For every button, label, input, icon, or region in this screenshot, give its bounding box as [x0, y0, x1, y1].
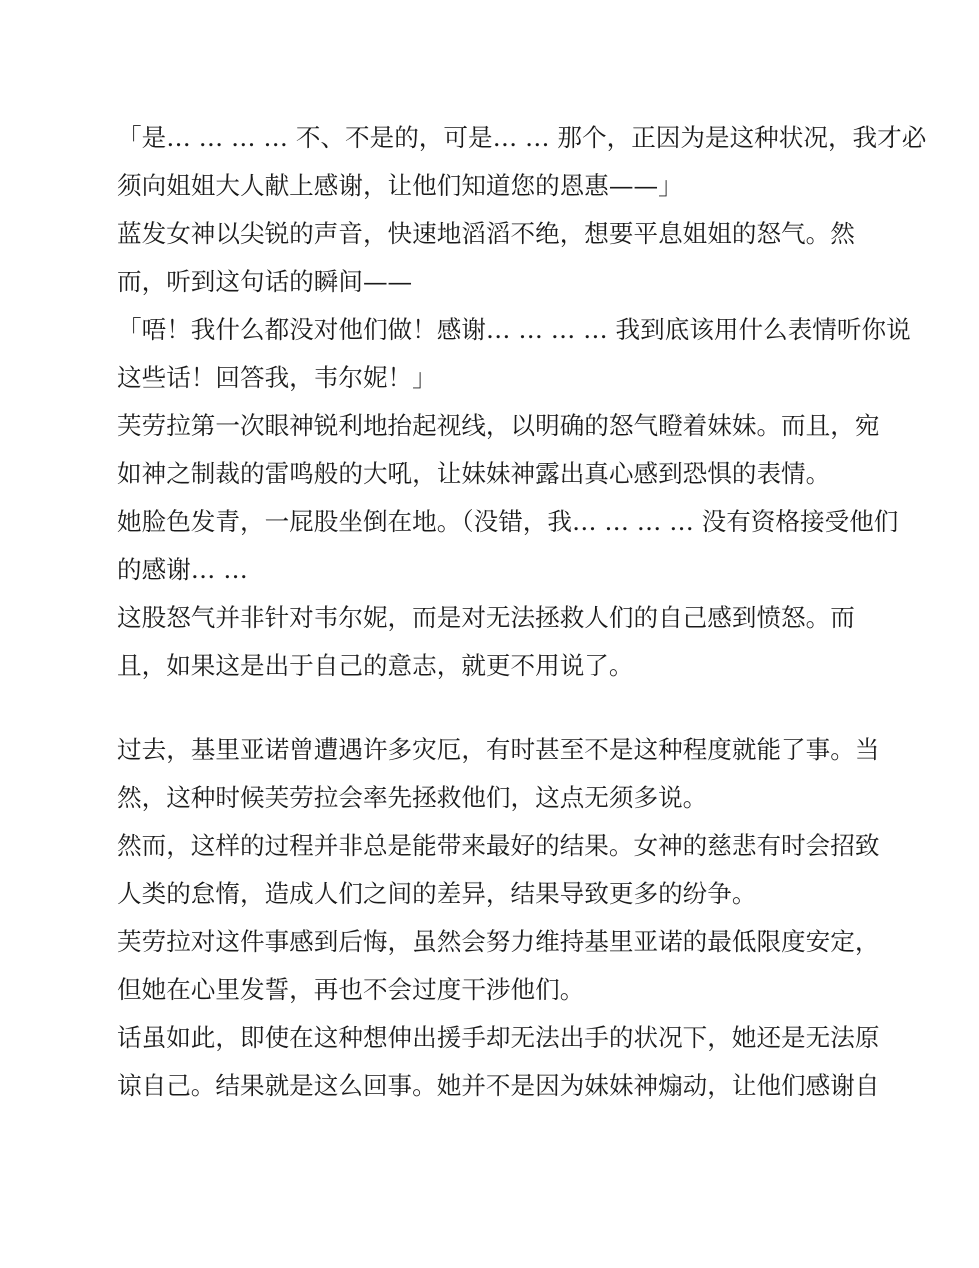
text-line: 谅自己。结果就是这么回事。她并不是因为妹妹神煽动，让他们感谢自 — [117, 1062, 867, 1110]
text-line: 「是… … … … 不、不是的，可是… … 那个，正因为是这种状况，我才必 — [117, 114, 867, 162]
text-line: 然，这种时候芙劳拉会率先拯救他们，这点无须多说。 — [117, 774, 867, 822]
text-line: 但她在心里发誓，再也不会过度干涉他们。 — [117, 966, 867, 1014]
text-line: 这些话！回答我，韦尔妮！」 — [117, 354, 867, 402]
text-line: 如神之制裁的雷鸣般的大吼，让妹妹神露出真心感到恐惧的表情。 — [117, 450, 867, 498]
text-line: 而，听到这句话的瞬间—— — [117, 258, 867, 306]
text-line: 芙劳拉对这件事感到后悔，虽然会努力维持基里亚诺的最低限度安定， — [117, 918, 867, 966]
text-line: 人类的怠惰，造成人们之间的差异，结果导致更多的纷争。 — [117, 870, 867, 918]
text-line: 话虽如此，即使在这种想伸出援手却无法出手的状况下，她还是无法原 — [117, 1014, 867, 1062]
text-line: 这股怒气并非针对韦尔妮，而是对无法拯救人们的自己感到愤怒。而 — [117, 594, 867, 642]
text-line: 然而，这样的过程并非总是能带来最好的结果。女神的慈悲有时会招致 — [117, 822, 867, 870]
text-line: 过去，基里亚诺曾遭遇许多灾厄，有时甚至不是这种程度就能了事。当 — [117, 726, 867, 774]
text-line: 且，如果这是出于自己的意志，就更不用说了。 — [117, 642, 867, 690]
text-line: 蓝发女神以尖锐的声音，快速地滔滔不绝，想要平息姐姐的怒气。然 — [117, 210, 867, 258]
text-line: 芙劳拉第一次眼神锐利地抬起视线，以明确的怒气瞪着妹妹。而且，宛 — [117, 402, 867, 450]
text-line: 「唔！我什么都没对他们做！感谢… … … … 我到底该用什么表情听你说 — [117, 306, 867, 354]
document-page: 「是… … … … 不、不是的，可是… … 那个，正因为是这种状况，我才必 须向… — [117, 114, 867, 1110]
text-line: 她脸色发青，一屁股坐倒在地。（没错，我… … … … 没有资格接受他们 — [117, 498, 867, 546]
section-gap — [117, 690, 867, 726]
text-section-2: 过去，基里亚诺曾遭遇许多灾厄，有时甚至不是这种程度就能了事。当 然，这种时候芙劳… — [117, 726, 867, 1110]
text-section-1: 「是… … … … 不、不是的，可是… … 那个，正因为是这种状况，我才必 须向… — [117, 114, 867, 690]
text-line: 的感谢… … — [117, 546, 867, 594]
text-line: 须向姐姐大人献上感谢，让他们知道您的恩惠——」 — [117, 162, 867, 210]
